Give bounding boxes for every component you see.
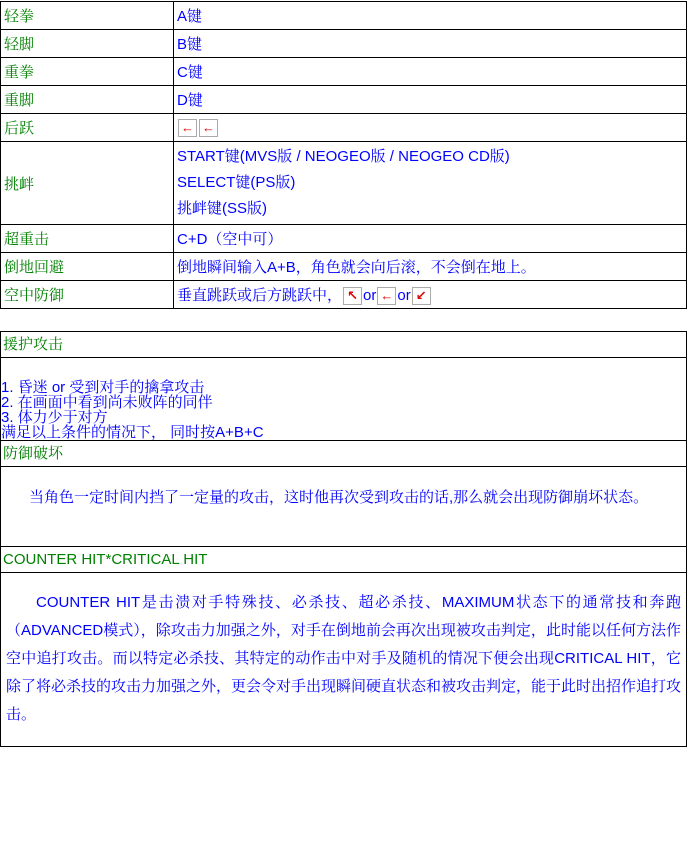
section-heading: COUNTER HIT*CRITICAL HIT [1,547,687,573]
control-value: 倒地瞬间输入A+B，角色就会向后滚，不会倒在地上。 [174,253,687,281]
controls-table-body: 轻拳A键轻脚B键重拳C键重脚D键后跃←←挑衅START键(MVS版 / NEOG… [1,2,687,309]
control-label: 轻脚 [1,30,174,58]
sections-table: 援护攻击1. 昏迷 or 受到对手的擒拿攻击2. 在画面中看到尚未败阵的同伴3.… [0,331,687,747]
control-label: 超重击 [1,225,174,253]
down-left-arrow-icon: ↙ [412,287,431,305]
section-content-row: 当角色一定时间内挡了一定量的攻击，这时他再次受到攻击的话,那么就会出现防御崩坏状… [1,467,687,547]
section-content: 1. 昏迷 or 受到对手的擒拿攻击2. 在画面中看到尚未败阵的同伴3. 体力少… [1,358,687,441]
control-value-text: A键 [177,8,202,25]
control-row: 重脚D键 [1,86,687,114]
control-value-text: or [397,287,410,304]
control-row: 轻拳A键 [1,2,687,30]
control-label: 重脚 [1,86,174,114]
control-label: 重拳 [1,58,174,86]
control-label: 后跃 [1,114,174,142]
control-label: 挑衅 [1,142,174,225]
section-content-row: 1. 昏迷 or 受到对手的擒拿攻击2. 在画面中看到尚未败阵的同伴3. 体力少… [1,358,687,441]
section-heading-row: 防御破坏 [1,441,687,467]
section-content-row: COUNTER HIT是击溃对手特殊技、必杀技、超必杀技、MAXIMUM状态下的… [1,573,687,747]
control-value-line: 挑衅键(SS版) [177,196,684,222]
section-content: COUNTER HIT是击溃对手特殊技、必杀技、超必杀技、MAXIMUM状态下的… [1,573,687,747]
sections-table-body: 援护攻击1. 昏迷 or 受到对手的擒拿攻击2. 在画面中看到尚未败阵的同伴3.… [1,332,687,747]
control-value-text: C+D（空中可） [177,231,282,248]
control-value: D键 [174,86,687,114]
left-arrow-icon: ← [178,119,197,137]
section-paragraph: 2. 在画面中看到尚未败阵的同伴 [1,395,678,410]
section-paragraph: COUNTER HIT是击溃对手特殊技、必杀技、超必杀技、MAXIMUM状态下的… [6,589,681,729]
control-value: B键 [174,30,687,58]
control-row: 空中防御垂直跳跃或后方跳跃中，↖or←or↙ [1,281,687,309]
control-row: 挑衅START键(MVS版 / NEOGEO版 / NEOGEO CD版)SEL… [1,142,687,225]
control-value: A键 [174,2,687,30]
control-row: 后跃←← [1,114,687,142]
section-heading: 防御破坏 [1,441,687,467]
section-heading-row: 援护攻击 [1,332,687,358]
control-value-line: SELECT键(PS版) [177,170,684,196]
section-paragraph: 当角色一定时间内挡了一定量的攻击，这时他再次受到攻击的话,那么就会出现防御崩坏状… [7,490,678,506]
control-value-text: B键 [177,36,202,53]
control-label: 空中防御 [1,281,174,309]
section-paragraph: 3. 体力少于对方 [1,410,678,425]
control-row: 重拳C键 [1,58,687,86]
control-value: 垂直跳跃或后方跳跃中，↖or←or↙ [174,281,687,309]
section-content: 当角色一定时间内挡了一定量的攻击，这时他再次受到攻击的话,那么就会出现防御崩坏状… [1,467,687,547]
control-value-text: C键 [177,64,203,81]
section-heading-row: COUNTER HIT*CRITICAL HIT [1,547,687,573]
up-left-arrow-icon: ↖ [343,287,362,305]
control-value-text: or [363,287,376,304]
control-value-text: 垂直跳跃或后方跳跃中， [177,287,342,304]
control-value: C+D（空中可） [174,225,687,253]
control-value: START键(MVS版 / NEOGEO版 / NEOGEO CD版)SELEC… [174,142,687,225]
control-label: 轻拳 [1,2,174,30]
section-paragraph: 1. 昏迷 or 受到对手的擒拿攻击 [1,380,678,395]
controls-table: 轻拳A键轻脚B键重拳C键重脚D键后跃←←挑衅START键(MVS版 / NEOG… [0,1,687,309]
left-arrow-icon: ← [377,287,396,305]
control-row: 轻脚B键 [1,30,687,58]
section-paragraph: 满足以上条件的情况下， 同时按A+B+C [1,425,678,440]
control-row: 倒地回避倒地瞬间输入A+B，角色就会向后滚，不会倒在地上。 [1,253,687,281]
control-value: ←← [174,114,687,142]
control-value-line: START键(MVS版 / NEOGEO版 / NEOGEO CD版) [177,144,684,170]
left-arrow-icon: ← [199,119,218,137]
control-label: 倒地回避 [1,253,174,281]
control-value-text: D键 [177,92,203,109]
control-row: 超重击C+D（空中可） [1,225,687,253]
section-heading: 援护攻击 [1,332,687,358]
control-value-text: 倒地瞬间输入A+B，角色就会向后滚，不会倒在地上。 [177,259,536,276]
control-value: C键 [174,58,687,86]
